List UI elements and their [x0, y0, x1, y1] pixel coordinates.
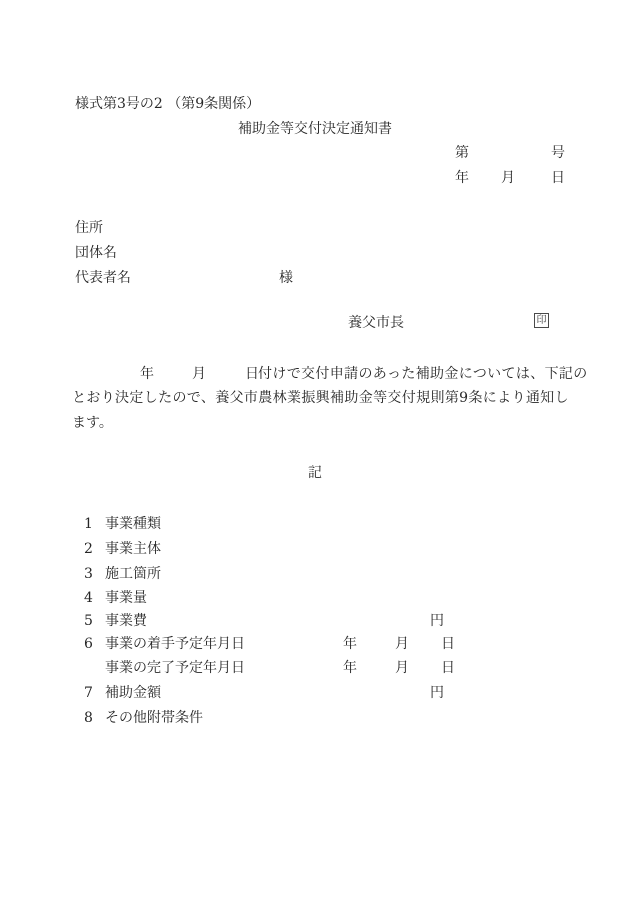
item-date-day-label: 日	[441, 660, 455, 676]
item-label: 事業種類	[105, 516, 161, 532]
item-label: 事業量	[105, 590, 147, 606]
seal-mark: 印	[534, 313, 549, 328]
list-item: 7 補助金額 円	[0, 685, 630, 703]
item-date-year-label: 年	[343, 636, 357, 652]
item-label: 事業費	[105, 613, 147, 629]
item-number: 6	[84, 636, 93, 652]
body-line-1-text: 付けで交付申請のあった補助金については、下記の	[258, 366, 588, 382]
recipient-honorific: 様	[279, 270, 293, 286]
doc-number-prefix: 第	[455, 145, 469, 161]
item-label: 事業の着手予定年月日	[105, 636, 245, 652]
body-date-month-label: 月	[192, 366, 206, 382]
date-year-label: 年	[455, 170, 469, 186]
body-line-3: ます。	[72, 415, 113, 431]
sender-title: 養父市長	[348, 315, 404, 331]
list-item: 6 事業の着手予定年月日 年 月 日	[0, 636, 630, 654]
body-line-2: とおり決定したので、養父市農林業振興補助金等交付規則第9条により通知し	[72, 390, 569, 406]
list-item: 2 事業主体	[0, 541, 630, 559]
item-label: 施工箇所	[105, 566, 161, 582]
item-number: 4	[84, 590, 93, 606]
document-title: 補助金等交付決定通知書	[0, 121, 630, 137]
item-label: 事業の完了予定年月日	[105, 660, 245, 676]
body-date-year-label: 年	[140, 366, 154, 382]
item-label: 事業主体	[105, 541, 161, 557]
item-number: 7	[84, 685, 93, 701]
item-number: 8	[84, 710, 93, 726]
recipient-address-label: 住所	[75, 220, 103, 236]
body-date-day-label: 日	[245, 366, 259, 382]
list-item: 事業の完了予定年月日 年 月 日	[0, 660, 630, 678]
item-date-month-label: 月	[395, 660, 409, 676]
item-number: 3	[84, 566, 93, 582]
list-item: 5 事業費 円	[0, 613, 630, 631]
list-item: 1 事業種類	[0, 516, 630, 534]
date-month-label: 月	[501, 170, 515, 186]
item-label: その他附帯条件	[105, 710, 203, 726]
item-unit-label: 円	[430, 685, 444, 701]
item-number: 5	[84, 613, 93, 629]
list-item: 8 その他附帯条件	[0, 710, 630, 728]
list-item: 3 施工箇所	[0, 566, 630, 584]
list-item: 4 事業量	[0, 590, 630, 608]
item-label: 補助金額	[105, 685, 161, 701]
recipient-organization-label: 団体名	[75, 245, 117, 261]
notification-document: 様式第3号の2 （第9条関係） 補助金等交付決定通知書 第 号 年 月 日 住所…	[0, 0, 630, 903]
item-date-month-label: 月	[395, 636, 409, 652]
record-heading: 記	[0, 465, 630, 481]
item-date-day-label: 日	[441, 636, 455, 652]
item-number: 2	[84, 541, 93, 557]
doc-number-suffix: 号	[551, 145, 565, 161]
date-day-label: 日	[551, 170, 565, 186]
item-number: 1	[84, 516, 93, 532]
item-date-year-label: 年	[343, 660, 357, 676]
item-unit-label: 円	[430, 613, 444, 629]
form-number: 様式第3号の2 （第9条関係）	[75, 96, 260, 112]
recipient-representative-label: 代表者名	[75, 270, 131, 286]
